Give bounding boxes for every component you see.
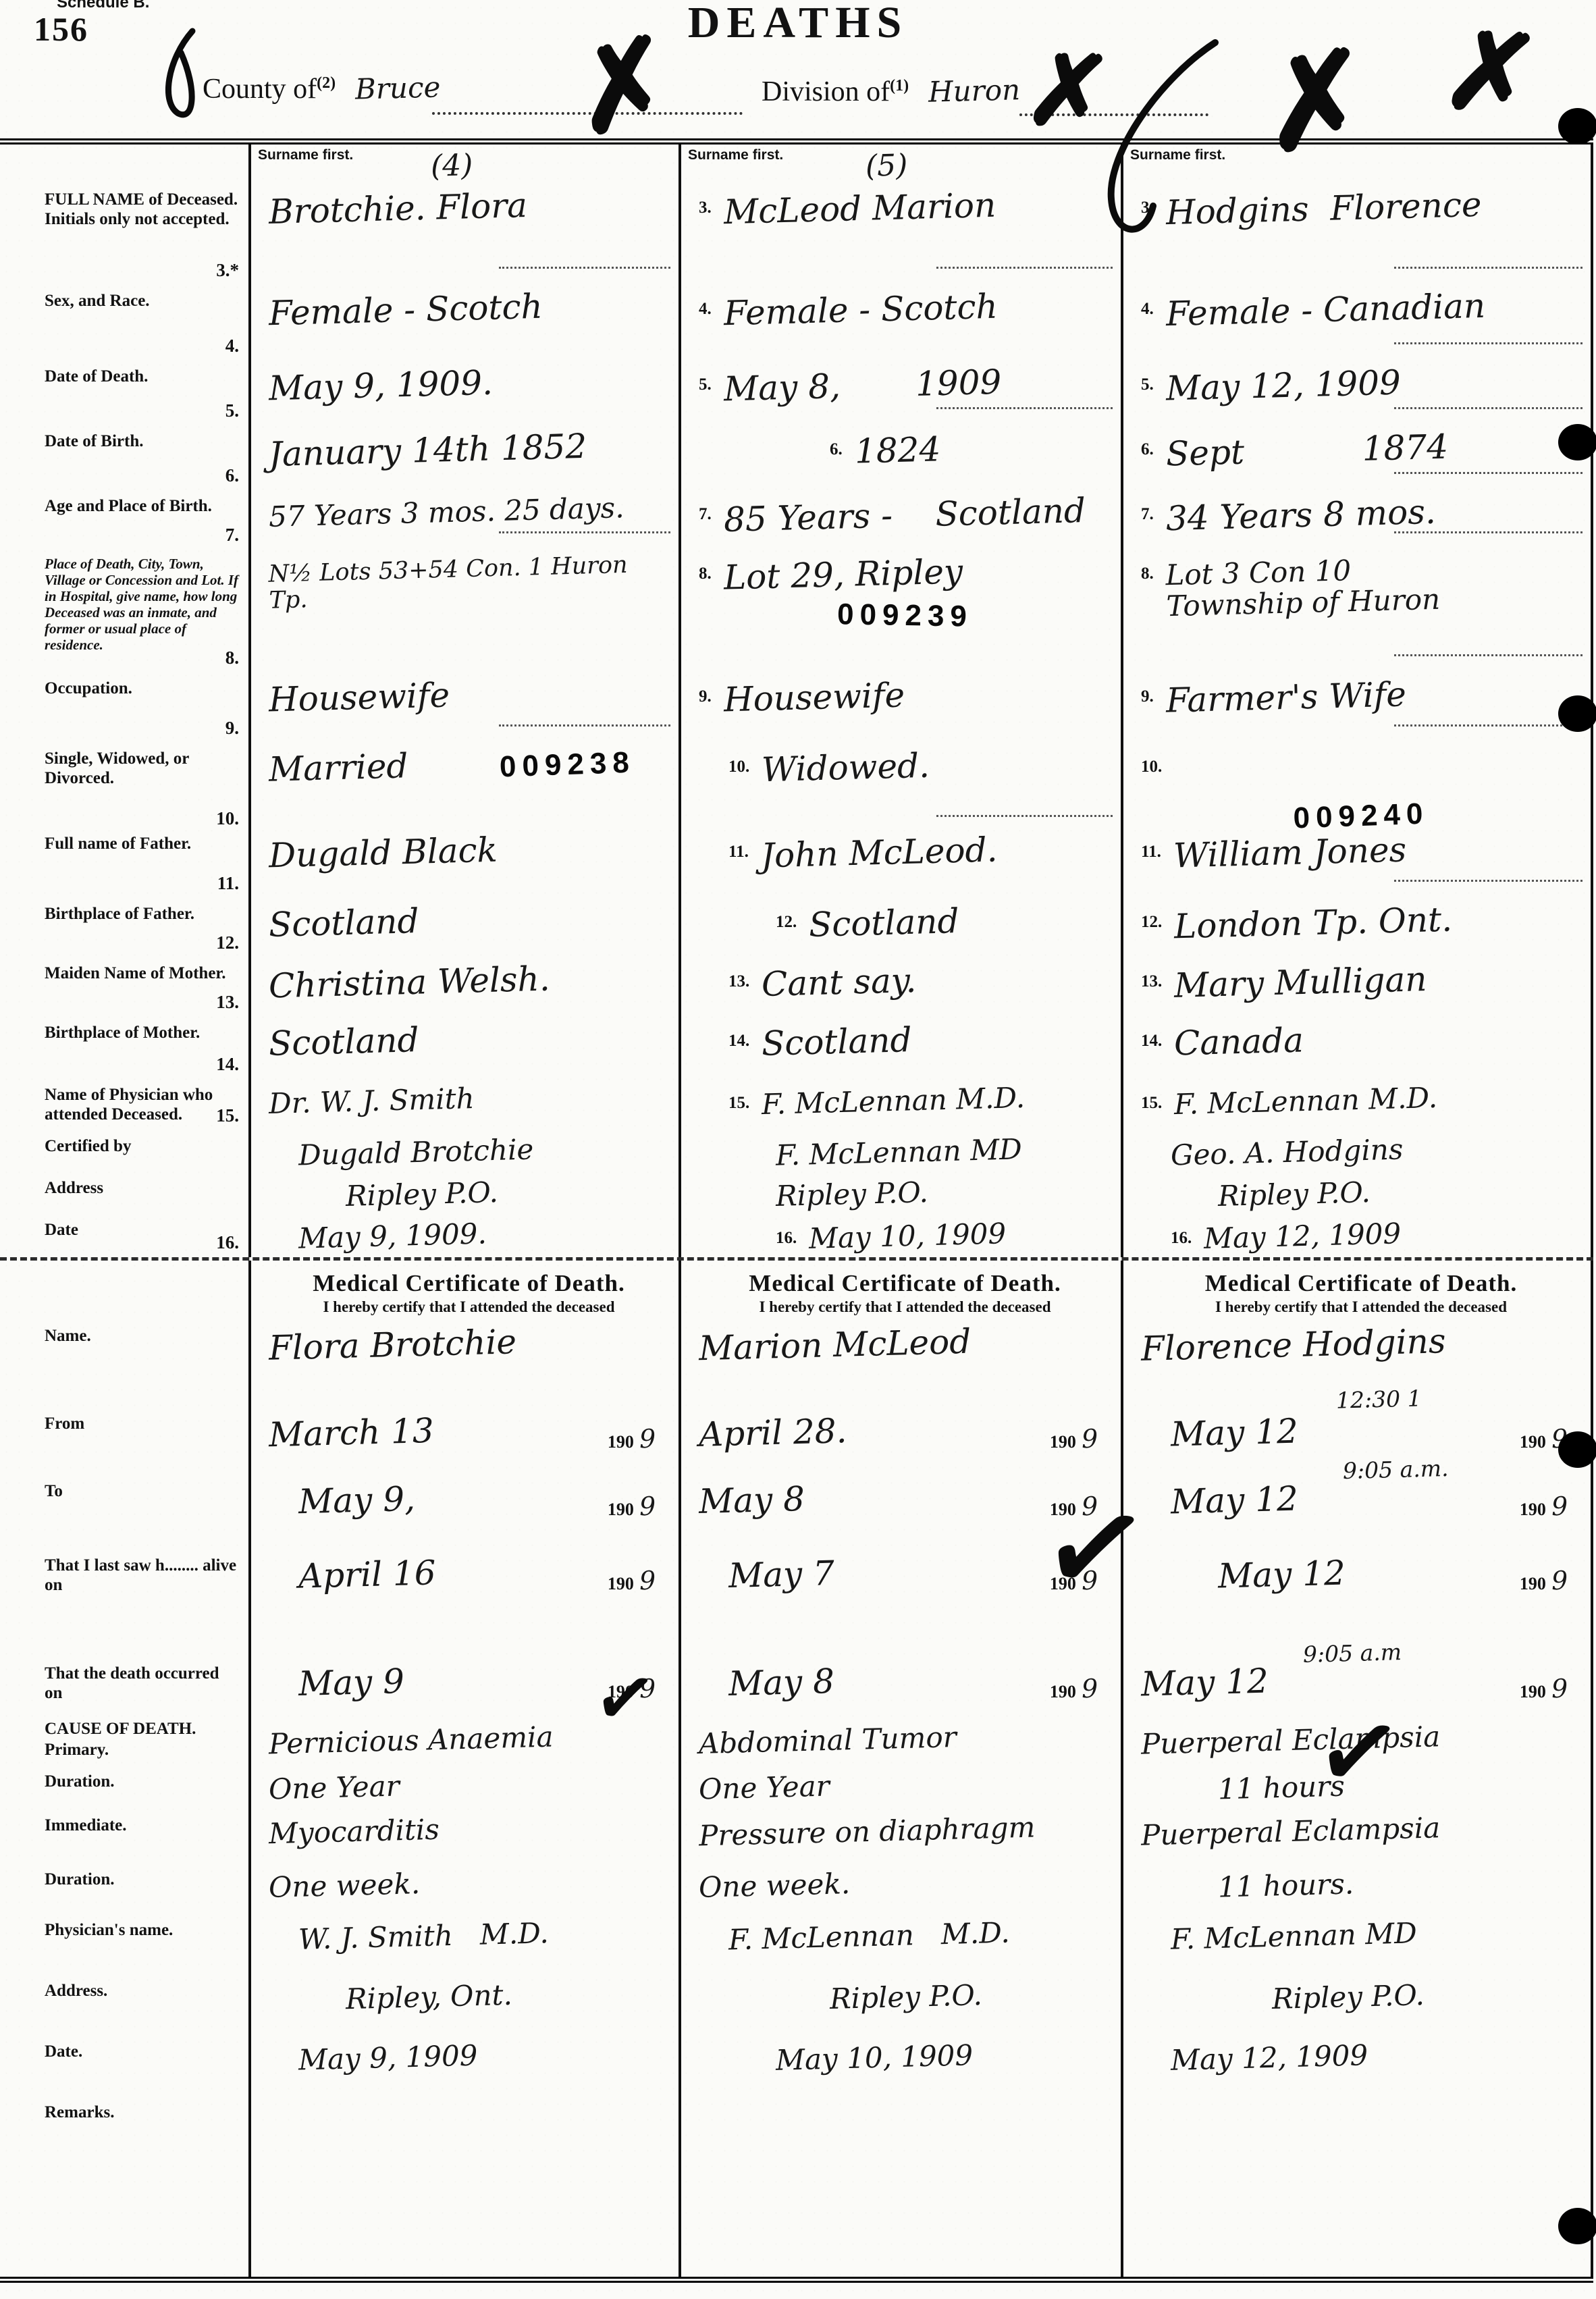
label-date-death: Date of Death. [0, 361, 248, 387]
label-duration2-cell: Duration. [0, 1864, 248, 1914]
label-age-place: Age and Place of Birth. [0, 490, 248, 517]
to-value: May 12 [1170, 1481, 1298, 1521]
to-value: May 9, [298, 1481, 415, 1521]
field-number: 11. [1141, 835, 1161, 862]
label-date-death-number: 5. [225, 400, 239, 421]
mother-record-2: 13.Cant say. [679, 957, 1121, 1017]
label-full-name-number: 3.* [216, 260, 239, 281]
year-prefix: 190 [608, 1574, 634, 1593]
label-certified-cell: Certified by [0, 1130, 248, 1172]
label-physician-cell: Name of Physician who attended Deceased.… [0, 1079, 248, 1130]
full-name-value: McLeod Marion [723, 187, 996, 232]
row-father-name: Full name of Father. 11. Dugald Black 11… [0, 828, 1593, 898]
duration1-record-2: One Year [679, 1766, 1121, 1809]
certified-record-1: Dugald Brotchie [248, 1130, 679, 1172]
duration1-value: One Year [698, 1770, 830, 1805]
label-occurred-cell: That the death occurred on [0, 1658, 248, 1718]
row-medical-certificate-header: Medical Certificate of Death. I hereby c… [0, 1261, 1593, 1320]
date-death-value: May 12, 1909 [1165, 364, 1401, 407]
field-number: 16. [776, 1221, 797, 1248]
record-2-header: Surname first. (5) [679, 144, 1121, 184]
registration-stamp: 009238 [499, 746, 635, 785]
mother-bp-value: Scotland [268, 1022, 419, 1063]
county-line: County of(2) Bruce [203, 73, 440, 105]
year-handwritten: 9 [1551, 1675, 1568, 1703]
immediate-value: Myocarditis [268, 1814, 440, 1850]
date16-value: May 10, 1909 [809, 1218, 1007, 1254]
label-father-bp-number: 12. [216, 932, 239, 953]
marital-value: Widowed. [762, 747, 930, 789]
division-ref: (1) [890, 77, 909, 95]
last-saw-value: May 7 [728, 1555, 834, 1595]
x-mark-icon: ✗ [1437, 11, 1545, 134]
full-name-value: Brotchie. Flora [268, 187, 527, 231]
x-mark-icon: ✗ [1021, 36, 1117, 146]
row-sex-race: Sex, and Race. 4. Female - Scotch 4.Fema… [0, 285, 1593, 361]
marital-record-3: 10. 009240 [1121, 743, 1593, 833]
surname-first-label: Surname first. [258, 147, 353, 163]
certified-value: Dugald Brotchie [298, 1134, 533, 1171]
label-date-birth-number: 6. [225, 465, 239, 486]
mother-bp-record-1: Scotland [248, 1017, 679, 1079]
label-place-death-cell: Place of Death, City, Town, Village or C… [0, 550, 248, 672]
immediate-value: Puerperal Eclampsia [1140, 1812, 1440, 1851]
registration-stamp: 009239 [699, 596, 1112, 637]
address-record-3: Ripley P.O. [1121, 1172, 1593, 1214]
label-to-cell: To [0, 1475, 248, 1550]
year-prefix: 190 [1520, 1574, 1546, 1593]
register-table: Surname first. (4) Surname first. (5) Su… [0, 138, 1593, 2283]
label-duration1-cell: Duration. [0, 1766, 248, 1809]
date-birth-value: Sept 1874 [1165, 429, 1448, 473]
mother-record-3: 13.Mary Mulligan [1121, 957, 1593, 1017]
from-record-1: March 13 1909 [248, 1408, 679, 1475]
label-father: Full name of Father. [0, 828, 248, 854]
year-handwritten: 9 [1551, 1567, 1568, 1595]
from-value: April 28. [698, 1412, 847, 1454]
date16-record-1: May 9, 1909. [248, 1214, 679, 1257]
address-record-1: Ripley P.O. [248, 1172, 679, 1214]
duration1-record-1: One Year [248, 1766, 679, 1809]
label-date16-number: 16. [216, 1232, 239, 1253]
label-occupation: Occupation. [0, 672, 248, 699]
label-cause-cell: CAUSE OF DEATH. Primary. [0, 1718, 248, 1766]
age-place-value: 34 Years 8 mos. [1165, 494, 1436, 537]
phys-address-record-2: Ripley P.O. [679, 1975, 1121, 2036]
from-record-2: April 28. 1909 [679, 1408, 1121, 1475]
label-sex-race-cell: Sex, and Race. 4. [0, 285, 248, 361]
time-note: 12:30 1 [1336, 1386, 1422, 1413]
father-bp-record-1: Scotland [248, 898, 679, 957]
certified-value: Geo. A. Hodgins [1170, 1134, 1404, 1171]
father-record-1: Dugald Black [248, 828, 679, 898]
division-label: Division of [762, 76, 890, 107]
year-prefix: 190 [1050, 1682, 1076, 1701]
year-block: 1909 [608, 1567, 656, 1595]
father-record-2: 11.John McLeod. [679, 828, 1121, 898]
label-father-cell: Full name of Father. 11. [0, 828, 248, 898]
death-register-page: Schedule B. 156 DEATHS County of(2) Bruc… [0, 0, 1596, 2299]
label-cause-of-death: CAUSE OF DEATH. [0, 1718, 248, 1739]
phys-date-record-3: May 12, 1909 [1121, 2036, 1593, 2096]
label-from-cell: From [0, 1408, 248, 1475]
age-place-record-1: 57 Years 3 mos. 25 days. [248, 490, 679, 550]
label-father-number: 11. [217, 873, 239, 894]
label-cert-name: Name. [0, 1320, 248, 1346]
phys-date-record-2: May 10, 1909 [679, 2036, 1121, 2096]
year-block: 1909 [1520, 1675, 1568, 1703]
label-address: Address [0, 1172, 248, 1198]
marital-record-2: 10.Widowed. [679, 743, 1121, 833]
row-occupation: Occupation. 9. Housewife 9.Housewife 9.F… [0, 672, 1593, 743]
label-certified: Certified by [0, 1130, 248, 1157]
date-death-record-1: May 9, 1909. [248, 361, 679, 425]
phys-name-record-2: F. McLennan M.D. [679, 1914, 1121, 1975]
field-number: 4. [699, 292, 712, 319]
place-death-record-2: 8.Lot 29, Ripley 009239 [679, 550, 1121, 672]
label-date-birth: Date of Birth. [0, 425, 248, 452]
physician-value: Dr. W. J. Smith [268, 1083, 475, 1119]
row-certified-by: Certified by Dugald Brotchie F. McLennan… [0, 1130, 1593, 1172]
label-phys-date-cell: Date. [0, 2036, 248, 2096]
sex-race-value: Female - Scotch [723, 288, 998, 333]
immediate-record-3: Puerperal Eclampsia [1121, 1809, 1593, 1864]
year-handwritten: 9 [1081, 1675, 1098, 1703]
label-father-bp-cell: Birthplace of Father. 12. [0, 898, 248, 957]
row-address: Address Ripley P.O. Ripley P.O. Ripley P… [0, 1172, 1593, 1214]
remarks-record-2 [679, 2096, 1121, 2277]
label-last-saw: That I last saw h........ alive on [0, 1550, 248, 1595]
year-block: 1909 [1050, 1425, 1098, 1454]
label-phys-name-cell: Physician's name. [0, 1914, 248, 1975]
label-father-bp: Birthplace of Father. [0, 898, 248, 924]
date-birth-value: January 14th 1852 [268, 428, 587, 473]
punch-hole [1558, 2208, 1596, 2244]
label-mother-cell: Maiden Name of Mother. 13. [0, 957, 248, 1017]
field-number: 7. [1141, 497, 1154, 524]
father-value: Dugald Black [268, 832, 498, 875]
marital-record-1: Married 009238 [248, 743, 679, 833]
field-number: 4. [1141, 292, 1154, 319]
sex-race-record-1: Female - Scotch [248, 285, 679, 361]
label-immediate-cell: Immediate. [0, 1809, 248, 1864]
year-handwritten: 9 [639, 1493, 656, 1521]
occurred-record-2: May 8 1909 [679, 1658, 1121, 1718]
label-age-place-number: 7. [225, 525, 239, 546]
row-physician-date: Date. May 9, 1909 May 10, 1909 May 12, 1… [0, 2036, 1593, 2096]
year-handwritten: 9 [1551, 1493, 1568, 1521]
label-phys-name: Physician's name. [0, 1914, 248, 1940]
occupation-value: Housewife [268, 677, 450, 719]
medcert-subtitle: I hereby certify that I attended the dec… [1141, 1298, 1581, 1316]
mother-bp-value: Canada [1174, 1022, 1304, 1062]
field-number: 12. [776, 905, 797, 932]
occupation-value: Farmer's Wife [1165, 676, 1406, 719]
record-1-number: (4) [430, 149, 473, 183]
county-label: County of [203, 74, 317, 105]
medcert-header-spacer [0, 1261, 248, 1320]
medcert-header-record-2: Medical Certificate of Death. I hereby c… [679, 1261, 1121, 1320]
physician-record-2: 15.F. McLennan M.D. [679, 1079, 1121, 1130]
date16-value: May 9, 1909. [298, 1218, 487, 1254]
medcert-header-record-3: Medical Certificate of Death. I hereby c… [1121, 1261, 1593, 1320]
occurred-value: May 12 [1140, 1663, 1269, 1703]
immediate-value: Pressure on diaphragm [698, 1812, 1035, 1851]
occupation-value: Housewife [723, 677, 905, 719]
duration2-value: One week. [268, 1868, 420, 1903]
date16-value: May 12, 1909 [1204, 1218, 1402, 1254]
label-date-death-cell: Date of Death. 5. [0, 361, 248, 425]
address-value: Ripley P.O. [1217, 1177, 1371, 1212]
label-mother-number: 13. [216, 992, 239, 1013]
place-death-value: N½ Lots 53+54 Con. 1 Huron Tp. [268, 551, 670, 613]
father-value: William Jones [1173, 831, 1407, 874]
row-attended-to: To May 9, 1909 May 8 1909 9:05 a.m. May … [0, 1475, 1593, 1550]
year-handwritten: 9 [639, 1425, 656, 1454]
row-date-of-death: Date of Death. 5. May 9, 1909. 5.May 8, … [0, 361, 1593, 425]
occupation-record-2: 9.Housewife [679, 672, 1121, 743]
label-physician-number: 15. [216, 1105, 239, 1126]
label-full-name: FULL NAME of Deceased. Initials only not… [0, 184, 248, 229]
field-number: 16. [1171, 1221, 1192, 1248]
place-death-value: Lot 29, Ripley [723, 553, 963, 596]
row-remarks: Remarks. [0, 2096, 1593, 2277]
check-mark-icon: ✓ [1033, 1477, 1158, 1618]
year-block: 1909 [608, 1425, 656, 1454]
check-mark-icon: ✓ [589, 1657, 662, 1739]
year-block: 1909 [608, 1493, 656, 1521]
year-prefix: 190 [608, 1432, 634, 1452]
primary-value: Abdominal Tumor [698, 1722, 957, 1760]
father-bp-record-2: 12.Scotland [679, 898, 1121, 957]
date-death-record-2: 5.May 8, 1909 [679, 361, 1121, 425]
phys-name-value: F. McLennan M.D. [728, 1918, 1010, 1956]
duration2-value: 11 hours. [1217, 1868, 1354, 1903]
field-number: 7. [699, 497, 712, 524]
label-sex-race-number: 4. [225, 336, 239, 356]
field-number: 10. [728, 749, 749, 776]
label-physician: Name of Physician who attended Deceased. [0, 1079, 248, 1124]
row-physician-address: Address. Ripley, Ont. Ripley P.O. Ripley… [0, 1975, 1593, 2036]
last-saw-record-1: April 16 1909 [248, 1550, 679, 1658]
to-record-3: 9:05 a.m. May 12 1909 [1121, 1475, 1593, 1550]
field-number: 10. [1141, 749, 1162, 776]
physician-record-1: Dr. W. J. Smith [248, 1079, 679, 1130]
label-full-name-cell: FULL NAME of Deceased. Initials only not… [0, 184, 248, 285]
year-prefix: 190 [1520, 1500, 1546, 1519]
row-immediate-cause: Immediate. Myocarditis Pressure on diaph… [0, 1809, 1593, 1864]
label-date16-cell: Date 16. [0, 1214, 248, 1257]
label-mother-bp-number: 14. [216, 1054, 239, 1075]
duration2-record-2: One week. [679, 1864, 1121, 1914]
label-mother: Maiden Name of Mother. [0, 957, 248, 984]
physician-record-3: 15.F. McLennan M.D. [1121, 1079, 1593, 1130]
label-remarks: Remarks. [0, 2096, 248, 2123]
field-number: 6. [1141, 432, 1154, 459]
age-place-record-2: 7.85 Years - Scotland [679, 490, 1121, 550]
surname-first-label: Surname first. [688, 147, 783, 163]
from-value: May 12 [1170, 1413, 1298, 1454]
immediate-record-1: Myocarditis [248, 1809, 679, 1864]
medcert-title: Medical Certificate of Death. [1141, 1270, 1581, 1297]
mother-bp-record-3: 14.Canada [1121, 1017, 1593, 1079]
phys-date-value: May 12, 1909 [1170, 2040, 1368, 2076]
label-occupation-cell: Occupation. 9. [0, 672, 248, 743]
label-mother-bp-cell: Birthplace of Mother. 14. [0, 1017, 248, 1079]
phys-name-value: F. McLennan MD [1170, 1918, 1417, 1955]
label-mother-bp: Birthplace of Mother. [0, 1017, 248, 1043]
to-value: May 8 [698, 1481, 805, 1521]
row-attending-physician: Name of Physician who attended Deceased.… [0, 1079, 1593, 1130]
punch-hole [1558, 424, 1596, 460]
label-from: From [0, 1408, 248, 1434]
medcert-title: Medical Certificate of Death. [269, 1270, 669, 1297]
year-prefix: 190 [1050, 1432, 1076, 1452]
field-number: 6. [830, 432, 843, 459]
punch-hole [1558, 695, 1596, 732]
label-date16: Date [0, 1214, 248, 1240]
date-birth-value: 1824 [854, 431, 941, 470]
certified-value: F. McLennan MD [775, 1134, 1022, 1171]
year-block: 1909 [1520, 1493, 1568, 1521]
year-block: 1909 [1520, 1567, 1568, 1595]
label-sex-race: Sex, and Race. [0, 285, 248, 311]
label-age-place-cell: Age and Place of Birth. 7. [0, 490, 248, 550]
time-note: 9:05 a.m [1302, 1640, 1402, 1667]
occupation-record-3: 9.Farmer's Wife [1121, 672, 1593, 743]
field-number: 13. [728, 964, 749, 991]
last-saw-value: April 16 [298, 1554, 436, 1595]
field-number: 5. [699, 367, 712, 394]
row-father-birthplace: Birthplace of Father. 12. Scotland 12.Sc… [0, 898, 1593, 957]
father-value: John McLeod. [760, 831, 998, 874]
row-registration-date: Date 16. May 9, 1909. 16.May 10, 1909 16… [0, 1214, 1593, 1261]
label-place-death-number: 8. [225, 648, 239, 668]
date-birth-record-3: 6.Sept 1874 [1121, 425, 1593, 490]
father-bp-value: London Tp. Ont. [1174, 901, 1453, 946]
marital-value: Married [268, 747, 408, 788]
from-value: March 13 [268, 1412, 434, 1454]
full-name-record-1: Brotchie. Flora [248, 184, 679, 285]
year-handwritten: 9 [639, 1567, 656, 1595]
medcert-header-record-1: Medical Certificate of Death. I hereby c… [248, 1261, 679, 1320]
primary-record-2: Abdominal Tumor [679, 1718, 1121, 1766]
mother-bp-record-2: 14.Scotland [679, 1017, 1121, 1079]
place-death-value: Lot 3 Con 10 Township of Huron [1165, 553, 1441, 623]
ink-loop-mark [155, 27, 216, 128]
label-remarks-cell: Remarks. [0, 2096, 248, 2277]
immediate-record-2: Pressure on diaphragm [679, 1809, 1121, 1864]
address-value: Ripley P.O. [775, 1177, 928, 1212]
label-cert-name-cell: Name. [0, 1320, 248, 1408]
year-block: 1909 [1050, 1675, 1098, 1703]
age-place-record-3: 7.34 Years 8 mos. [1121, 490, 1593, 550]
medcert-subtitle: I hereby certify that I attended the dec… [699, 1298, 1111, 1316]
cert-name-value: Marion McLeod [698, 1323, 972, 1368]
field-number: 8. [699, 556, 712, 583]
label-to: To [0, 1475, 248, 1502]
occurred-value: May 8 [728, 1663, 834, 1703]
date16-record-2: 16.May 10, 1909 [679, 1214, 1121, 1257]
phys-name-record-3: F. McLennan MD [1121, 1914, 1593, 1975]
phys-address-value: Ripley P.O. [1271, 1980, 1425, 2015]
corner-cell [0, 144, 248, 184]
label-occurred: That the death occurred on [0, 1658, 248, 1703]
phys-address-record-1: Ripley, Ont. [248, 1975, 679, 2036]
mother-value: Cant say. [762, 962, 917, 1003]
label-last-saw-cell: That I last saw h........ alive on [0, 1550, 248, 1658]
duration1-value: One Year [268, 1770, 400, 1805]
label-marital: Single, Widowed, or Divorced. [0, 743, 248, 788]
physician-value: F. McLennan M.D. [1174, 1082, 1438, 1120]
date-death-value: May 8, 1909 [723, 364, 1002, 408]
place-death-record-3: 8.Lot 3 Con 10 Township of Huron [1121, 550, 1593, 672]
phys-date-value: May 9, 1909 [298, 2040, 478, 2076]
label-duration: Duration. [0, 1864, 248, 1890]
duration2-record-1: One week. [248, 1864, 679, 1914]
father-bp-value: Scotland [268, 903, 419, 944]
remarks-record-3 [1121, 2096, 1593, 2277]
cert-name-value: Florence Hodgins [1140, 1323, 1446, 1368]
field-number: 14. [728, 1024, 749, 1051]
cert-name-record-2: Marion McLeod [679, 1320, 1121, 1408]
label-occupation-number: 9. [225, 718, 239, 739]
field-number: 9. [699, 679, 712, 706]
cert-name-record-1: Flora Brotchie [248, 1320, 679, 1408]
mother-value: Mary Mulligan [1174, 961, 1428, 1005]
to-record-1: May 9, 1909 [248, 1475, 679, 1550]
row-date-of-birth: Date of Birth. 6. January 14th 1852 6.18… [0, 425, 1593, 490]
label-phys-date: Date. [0, 2036, 248, 2062]
field-number: 15. [728, 1086, 749, 1113]
punch-hole [1558, 108, 1596, 144]
last-saw-value: May 12 [1217, 1555, 1346, 1595]
record-2-number: (5) [866, 149, 909, 183]
year-prefix: 190 [608, 1500, 634, 1519]
father-bp-record-3: 12.London Tp. Ont. [1121, 898, 1593, 957]
year-handwritten: 9 [1081, 1425, 1098, 1454]
age-place-value: 85 Years - Scotland [723, 492, 1086, 539]
row-full-name: FULL NAME of Deceased. Initials only not… [0, 184, 1593, 285]
phys-address-record-3: Ripley P.O. [1121, 1975, 1593, 2036]
label-immediate: Immediate. [0, 1809, 248, 1836]
duration2-record-3: 11 hours. [1121, 1864, 1593, 1914]
sex-race-value: Female - Canadian [1165, 288, 1485, 333]
mother-bp-value: Scotland [762, 1022, 913, 1063]
x-mark-icon: ✗ [1256, 32, 1377, 171]
x-mark-icon: ✗ [564, 20, 683, 153]
county-ref: (2) [317, 74, 336, 92]
primary-value: Pernicious Anaemia [268, 1721, 554, 1760]
field-number: 15. [1141, 1086, 1162, 1113]
duration2-value: One week. [698, 1868, 850, 1903]
label-primary: Primary. [0, 1739, 248, 1760]
sex-race-record-3: 4.Female - Canadian [1121, 285, 1593, 361]
year-prefix: 190 [1520, 1432, 1546, 1452]
row-marital-status: Single, Widowed, or Divorced. 10. Marrie… [0, 743, 1593, 828]
label-marital-number: 10. [216, 808, 239, 829]
field-number: 13. [1141, 964, 1162, 991]
date16-record-3: 16.May 12, 1909 [1121, 1214, 1593, 1257]
time-note: 9:05 a.m. [1343, 1456, 1449, 1483]
certified-record-2: F. McLennan MD [679, 1130, 1121, 1172]
row-mother-name: Maiden Name of Mother. 13. Christina Wel… [0, 957, 1593, 1017]
cert-name-value: Flora Brotchie [268, 1323, 516, 1367]
field-number: 9. [1141, 679, 1154, 706]
phys-address-value: Ripley, Ont. [345, 1980, 512, 2015]
date-death-record-3: 5.May 12, 1909 [1121, 361, 1593, 425]
physician-value: F. McLennan M.D. [762, 1082, 1026, 1120]
